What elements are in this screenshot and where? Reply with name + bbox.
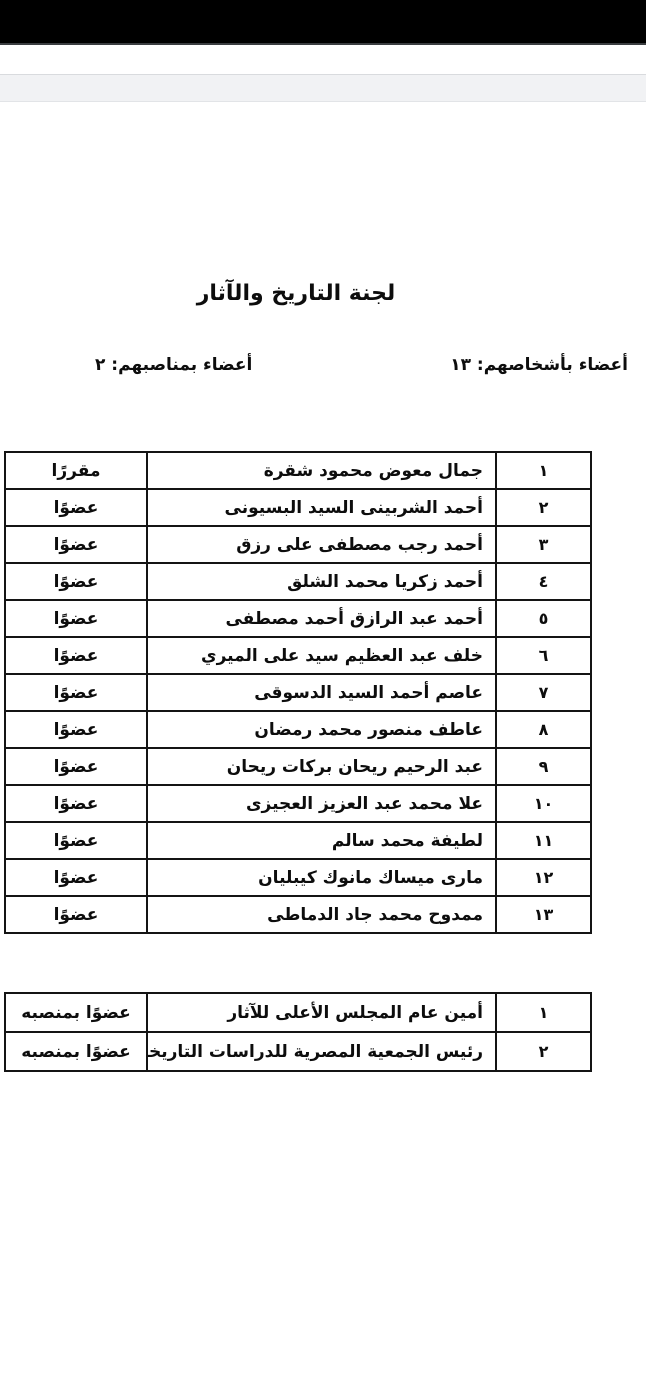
table-row: ٤ أحمد زكريا محمد الشلق عضوًا xyxy=(5,563,591,600)
member-number: ٢ xyxy=(496,489,591,526)
member-name: علا محمد عبد العزيز العجيزى xyxy=(147,785,496,822)
member-name: أحمد رجب مصطفى على رزق xyxy=(147,526,496,563)
member-number: ١٠ xyxy=(496,785,591,822)
member-name: ممدوح محمد جاد الدماطى xyxy=(147,896,496,933)
member-name: عبد الرحيم ريحان بركات ريحان xyxy=(147,748,496,785)
member-number: ١١ xyxy=(496,822,591,859)
member-name: أمين عام المجلس الأعلى للآثار xyxy=(147,993,496,1032)
table-row: ١٣ ممدوح محمد جاد الدماطى عضوًا xyxy=(5,896,591,933)
ex-officio-members-table: ١ أمين عام المجلس الأعلى للآثار عضوًا بم… xyxy=(4,992,592,1072)
table-row: ٢ رئيس الجمعية المصرية للدراسات التاريخي… xyxy=(5,1032,591,1071)
member-role: عضوًا xyxy=(5,785,147,822)
table-row: ١٢ مارى ميساك مانوك كيبليان عضوًا xyxy=(5,859,591,896)
top-black-bar xyxy=(0,0,646,45)
members-by-position-count: أعضاء بمناصبهم: ٢ xyxy=(95,355,252,375)
table-row: ٢ أحمد الشربينى السيد البسيونى عضوًا xyxy=(5,489,591,526)
member-role: عضوًا xyxy=(5,674,147,711)
member-name: أحمد الشربينى السيد البسيونى xyxy=(147,489,496,526)
member-role: عضوًا xyxy=(5,600,147,637)
member-name: رئيس الجمعية المصرية للدراسات التاريخية xyxy=(147,1032,496,1071)
member-role: عضوًا xyxy=(5,711,147,748)
member-number: ٩ xyxy=(496,748,591,785)
member-role: عضوًا xyxy=(5,896,147,933)
member-number: ٤ xyxy=(496,563,591,600)
member-name: خلف عبد العظيم سيد على الميري xyxy=(147,637,496,674)
member-role: عضوًا xyxy=(5,859,147,896)
member-role: عضوًا xyxy=(5,526,147,563)
table-row: ١٠ علا محمد عبد العزيز العجيزى عضوًا xyxy=(5,785,591,822)
member-number: ٣ xyxy=(496,526,591,563)
member-number: ١٣ xyxy=(496,896,591,933)
member-name: عاصم أحمد السيد الدسوقى xyxy=(147,674,496,711)
table-row: ١ جمال معوض محمود شقرة مقررًا xyxy=(5,452,591,489)
table-row: ١١ لطيفة محمد سالم عضوًا xyxy=(5,822,591,859)
member-number: ٧ xyxy=(496,674,591,711)
member-number: ٦ xyxy=(496,637,591,674)
member-name: أحمد عبد الرازق أحمد مصطفى xyxy=(147,600,496,637)
member-role: عضوًا xyxy=(5,637,147,674)
member-number: ١٢ xyxy=(496,859,591,896)
members-by-person-count: أعضاء بأشخاصهم: ١٣ xyxy=(450,355,628,375)
member-name: لطيفة محمد سالم xyxy=(147,822,496,859)
member-role: عضوًا بمنصبه xyxy=(5,1032,147,1071)
member-role: عضوًا xyxy=(5,822,147,859)
member-role: عضوًا xyxy=(5,563,147,600)
members-table: ١ جمال معوض محمود شقرة مقررًا ٢ أحمد الش… xyxy=(4,451,592,934)
member-number: ١ xyxy=(496,993,591,1032)
member-role: عضوًا بمنصبه xyxy=(5,993,147,1032)
member-number: ٨ xyxy=(496,711,591,748)
member-number: ٢ xyxy=(496,1032,591,1071)
member-name: أحمد زكريا محمد الشلق xyxy=(147,563,496,600)
gray-toolbar xyxy=(0,74,646,102)
table-row: ٦ خلف عبد العظيم سيد على الميري عضوًا xyxy=(5,637,591,674)
member-number: ٥ xyxy=(496,600,591,637)
member-role: عضوًا xyxy=(5,748,147,785)
page-title: لجنة التاريخ والآثار xyxy=(0,281,592,306)
member-role: عضوًا xyxy=(5,489,147,526)
table-row: ٥ أحمد عبد الرازق أحمد مصطفى عضوًا xyxy=(5,600,591,637)
member-number: ١ xyxy=(496,452,591,489)
member-name: مارى ميساك مانوك كيبليان xyxy=(147,859,496,896)
member-name: عاطف منصور محمد رمضان xyxy=(147,711,496,748)
member-role: مقررًا xyxy=(5,452,147,489)
member-name: جمال معوض محمود شقرة xyxy=(147,452,496,489)
table-row: ٧ عاصم أحمد السيد الدسوقى عضوًا xyxy=(5,674,591,711)
table-row: ١ أمين عام المجلس الأعلى للآثار عضوًا بم… xyxy=(5,993,591,1032)
table-row: ٩ عبد الرحيم ريحان بركات ريحان عضوًا xyxy=(5,748,591,785)
table-row: ٨ عاطف منصور محمد رمضان عضوًا xyxy=(5,711,591,748)
table-row: ٣ أحمد رجب مصطفى على رزق عضوًا xyxy=(5,526,591,563)
document-page: { "header": { "title": "لجنة التاريخ وال… xyxy=(0,0,646,1400)
member-counts-row: أعضاء بأشخاصهم: ١٣ أعضاء بمناصبهم: ٢ xyxy=(0,355,646,383)
